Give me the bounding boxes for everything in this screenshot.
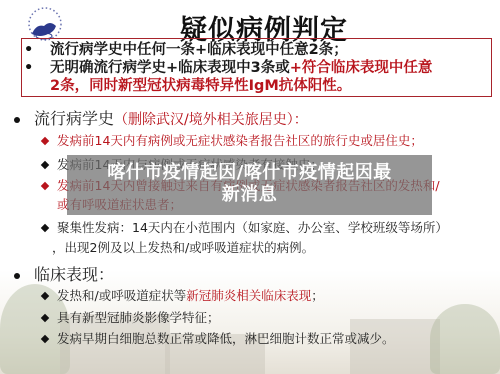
cdc-logo-icon — [24, 6, 66, 42]
diamond-bullet-icon — [41, 334, 49, 342]
bullet-icon — [14, 273, 20, 279]
clinical-item-2: 具有新型冠肺炎影像学特征； — [42, 310, 220, 325]
bullet-icon — [14, 117, 20, 123]
epidemiology-heading: 流行病学史（删除武汉/境外相关旅居史）： — [14, 106, 308, 129]
clinical-item-3: 发病早期白细胞总数正常或降低，淋巴细胞计数正常或减少。 — [42, 331, 395, 346]
bullet-icon: • — [24, 41, 33, 59]
criteria-line-2: • 无明确流行病学史+临床表现中3条或+符合临床表现中任意 — [28, 59, 485, 77]
criteria-line-1: • 流行病学史中任何一条+临床表现中任意2条； — [28, 41, 485, 59]
criteria-box: • 流行病学史中任何一条+临床表现中任意2条； • 无明确流行病学史+临床表现中… — [21, 38, 492, 97]
diamond-bullet-icon — [41, 181, 49, 189]
diamond-bullet-icon — [41, 136, 49, 144]
overlay-line-1: 喀什市疫情起因/喀什市疫情起因最 — [67, 162, 432, 184]
epidemiology-item-4: 聚集性发病：14天内在小范围内（如家庭、办公室、学校班级等场所） — [42, 220, 448, 235]
diamond-bullet-icon — [41, 313, 49, 321]
diamond-bullet-icon — [41, 160, 49, 168]
headline-overlay-banner[interactable]: 喀什市疫情起因/喀什市疫情起因最 新消息 — [67, 155, 432, 215]
bullet-icon: • — [24, 59, 33, 77]
epidemiology-item-4-cont: ，出现2例及以上发热和/或呼吸道症状的病例。 — [52, 238, 314, 256]
clinical-heading: 临床表现： — [14, 262, 114, 285]
criteria-line-3: 2条，同时新型冠状病毒特异性IgM抗体阳性。 — [28, 77, 485, 95]
diamond-bullet-icon — [41, 223, 49, 231]
overlay-line-2: 新消息 — [67, 184, 432, 206]
diamond-bullet-icon — [41, 291, 49, 299]
epidemiology-item-1: 发病前14天内有病例或无症状感染者报告社区的旅行史或居住史； — [42, 133, 423, 148]
clinical-item-1: 发热和/或呼吸道症状等新冠肺炎相关临床表现； — [42, 288, 324, 303]
